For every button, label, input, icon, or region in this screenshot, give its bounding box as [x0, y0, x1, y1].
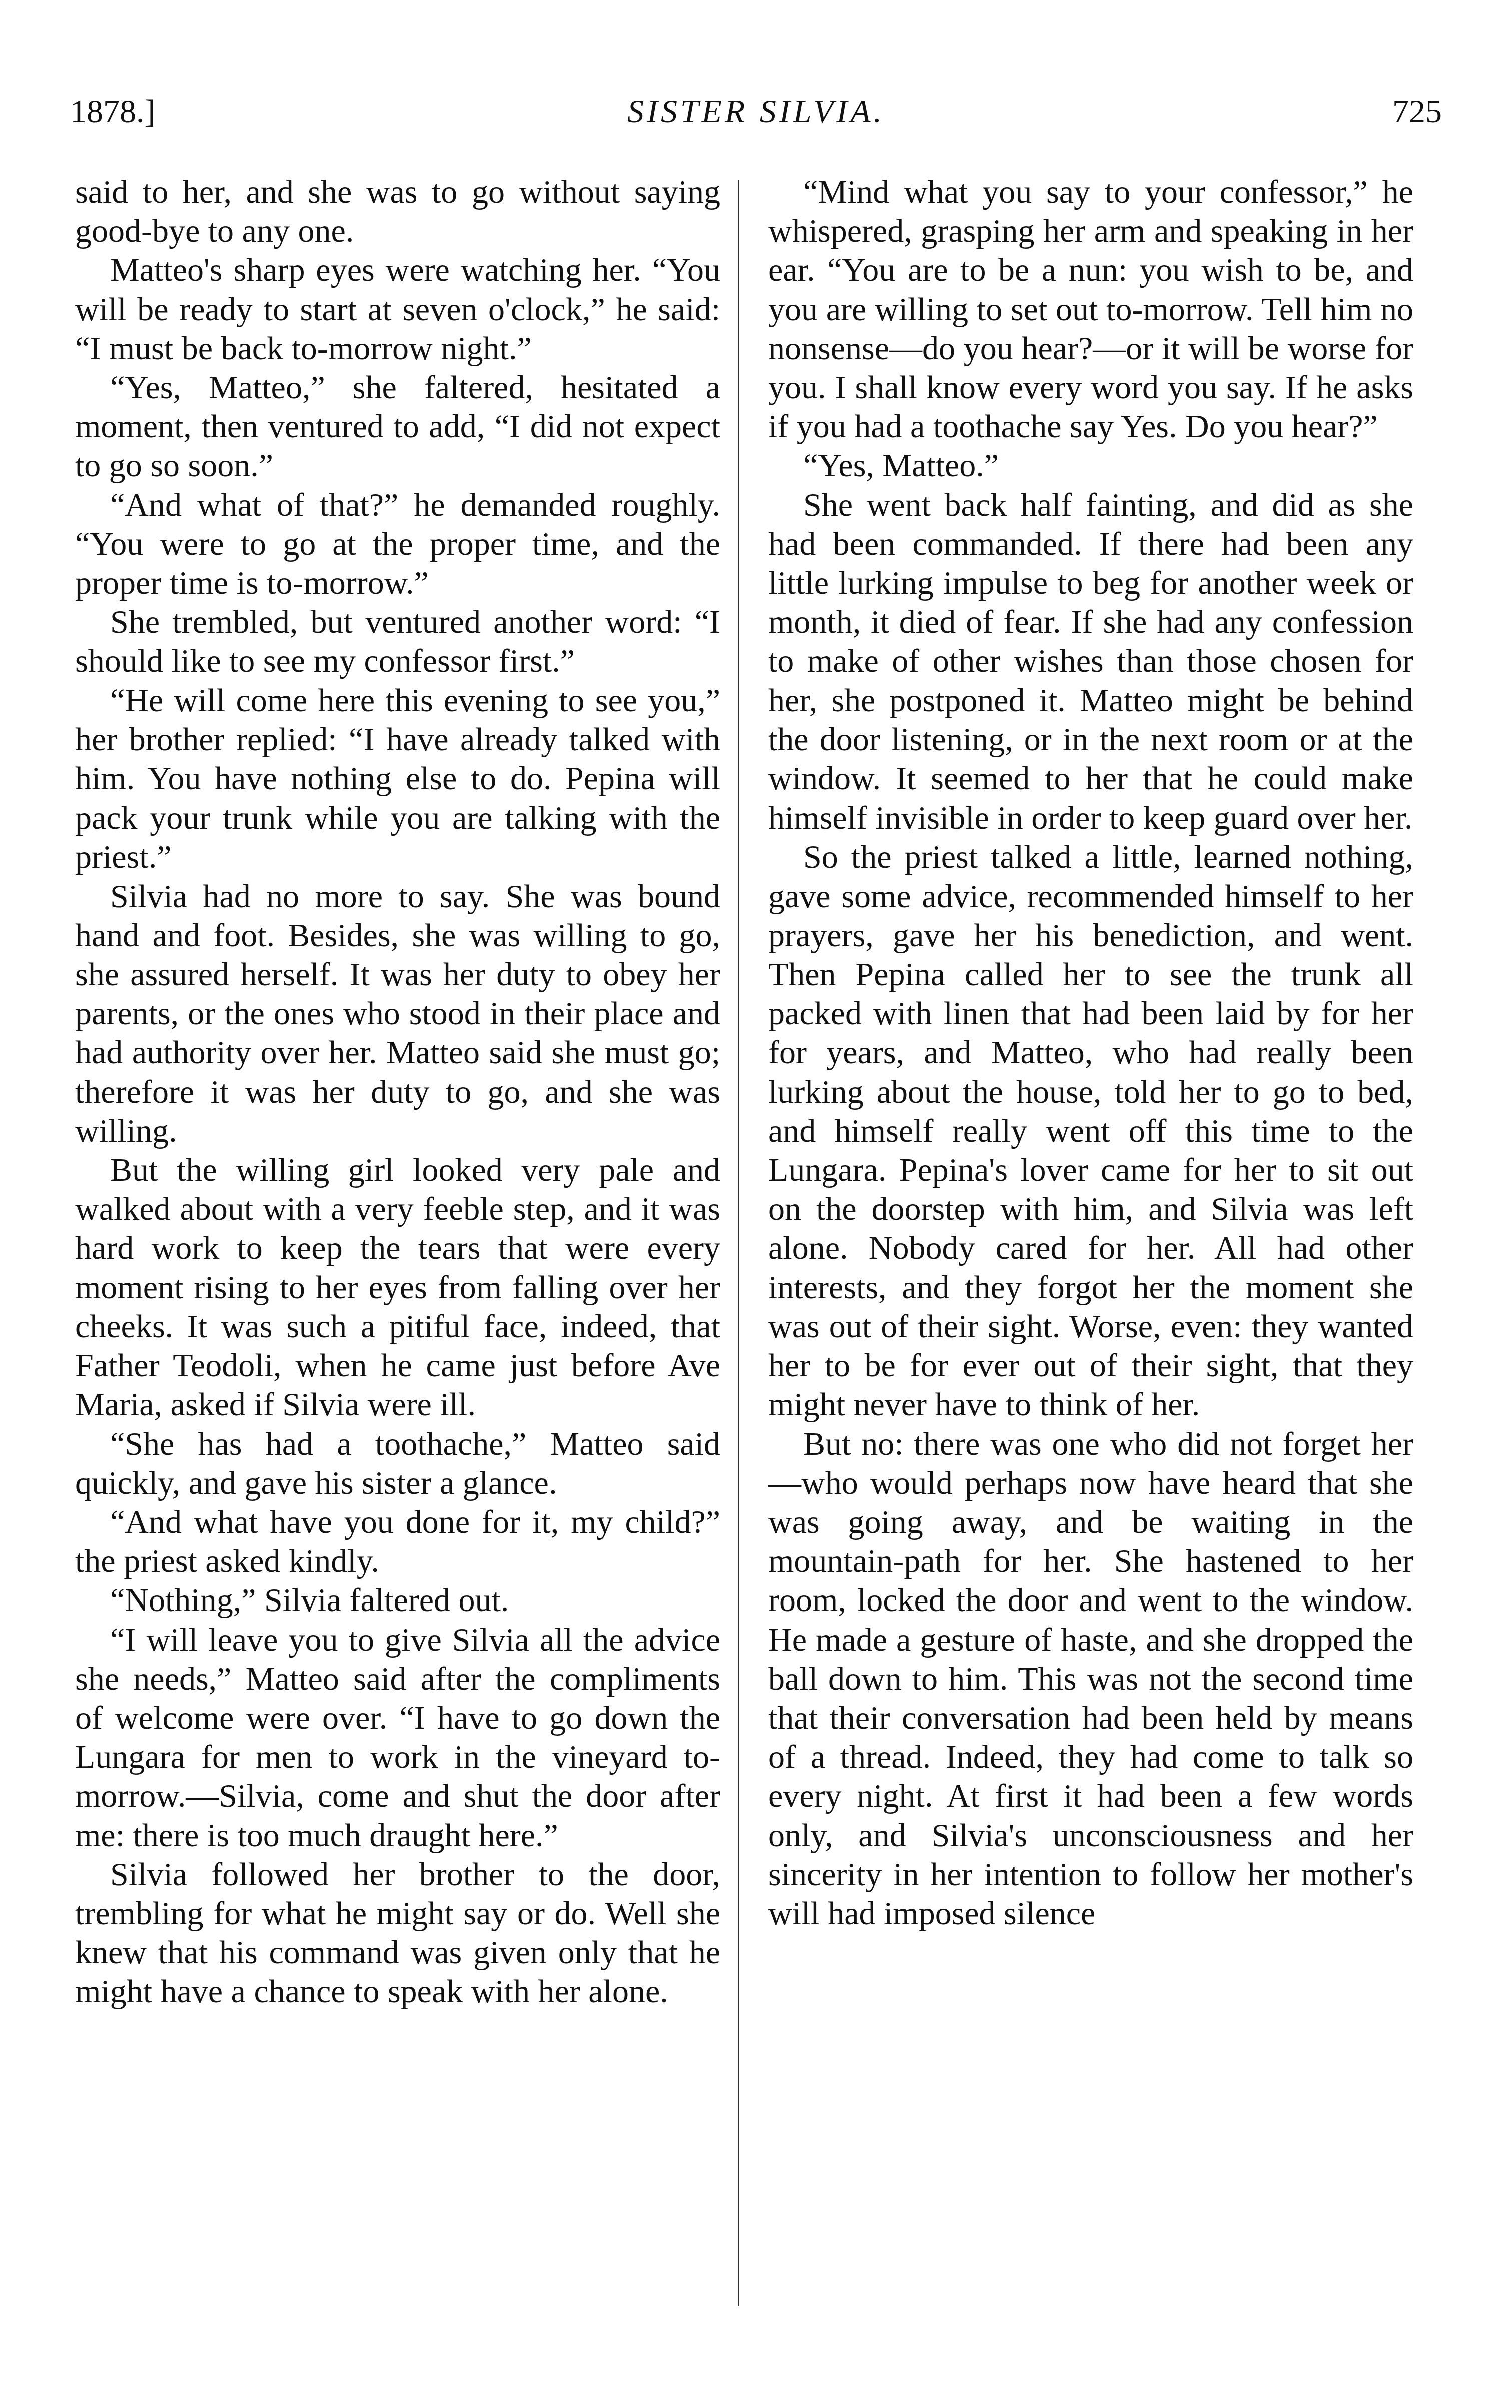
- paragraph: “Yes, Matteo,” she faltered, hesitated a…: [75, 368, 720, 486]
- paragraph: Matteo's sharp eyes were watching her. “…: [75, 251, 720, 368]
- column-divider: [738, 180, 739, 2306]
- page-number: 725: [1392, 93, 1442, 131]
- paragraph: “He will come here this evening to see y…: [75, 681, 720, 877]
- left-column: said to her, and she was to go without s…: [75, 173, 720, 2012]
- paragraph: “Yes, Matteo.”: [768, 446, 1413, 485]
- paragraph: “And what have you done for it, my child…: [75, 1503, 720, 1581]
- paragraph: She trembled, but ventured another word:…: [75, 603, 720, 681]
- running-head: 1878.] SISTER SILVIA. 725: [70, 93, 1442, 153]
- paragraph: But the willing girl looked very pale an…: [75, 1151, 720, 1424]
- right-column: “Mind what you say to your confessor,” h…: [768, 173, 1413, 1933]
- header-title: SISTER SILVIA.: [70, 93, 1442, 131]
- paragraph: “I will leave you to give Silvia all the…: [75, 1621, 720, 1855]
- paragraph: “She has had a toothache,” Matteo said q…: [75, 1425, 720, 1503]
- paragraph: “And what of that?” he demanded roughly.…: [75, 486, 720, 603]
- paragraph: Silvia had no more to say. She was bound…: [75, 877, 720, 1151]
- paragraph: She went back half fainting, and did as …: [768, 486, 1413, 838]
- book-page: 1878.] SISTER SILVIA. 725 said to her, a…: [0, 0, 1512, 2408]
- paragraph: Silvia followed her brother to the door,…: [75, 1855, 720, 2012]
- paragraph: But no: there was one who did not forget…: [768, 1425, 1413, 1934]
- paragraph: said to her, and she was to go without s…: [75, 173, 720, 251]
- paragraph: “Mind what you say to your confessor,” h…: [768, 173, 1413, 446]
- paragraph: So the priest talked a little, learned n…: [768, 838, 1413, 1424]
- paragraph: “Nothing,” Silvia faltered out.: [75, 1581, 720, 1620]
